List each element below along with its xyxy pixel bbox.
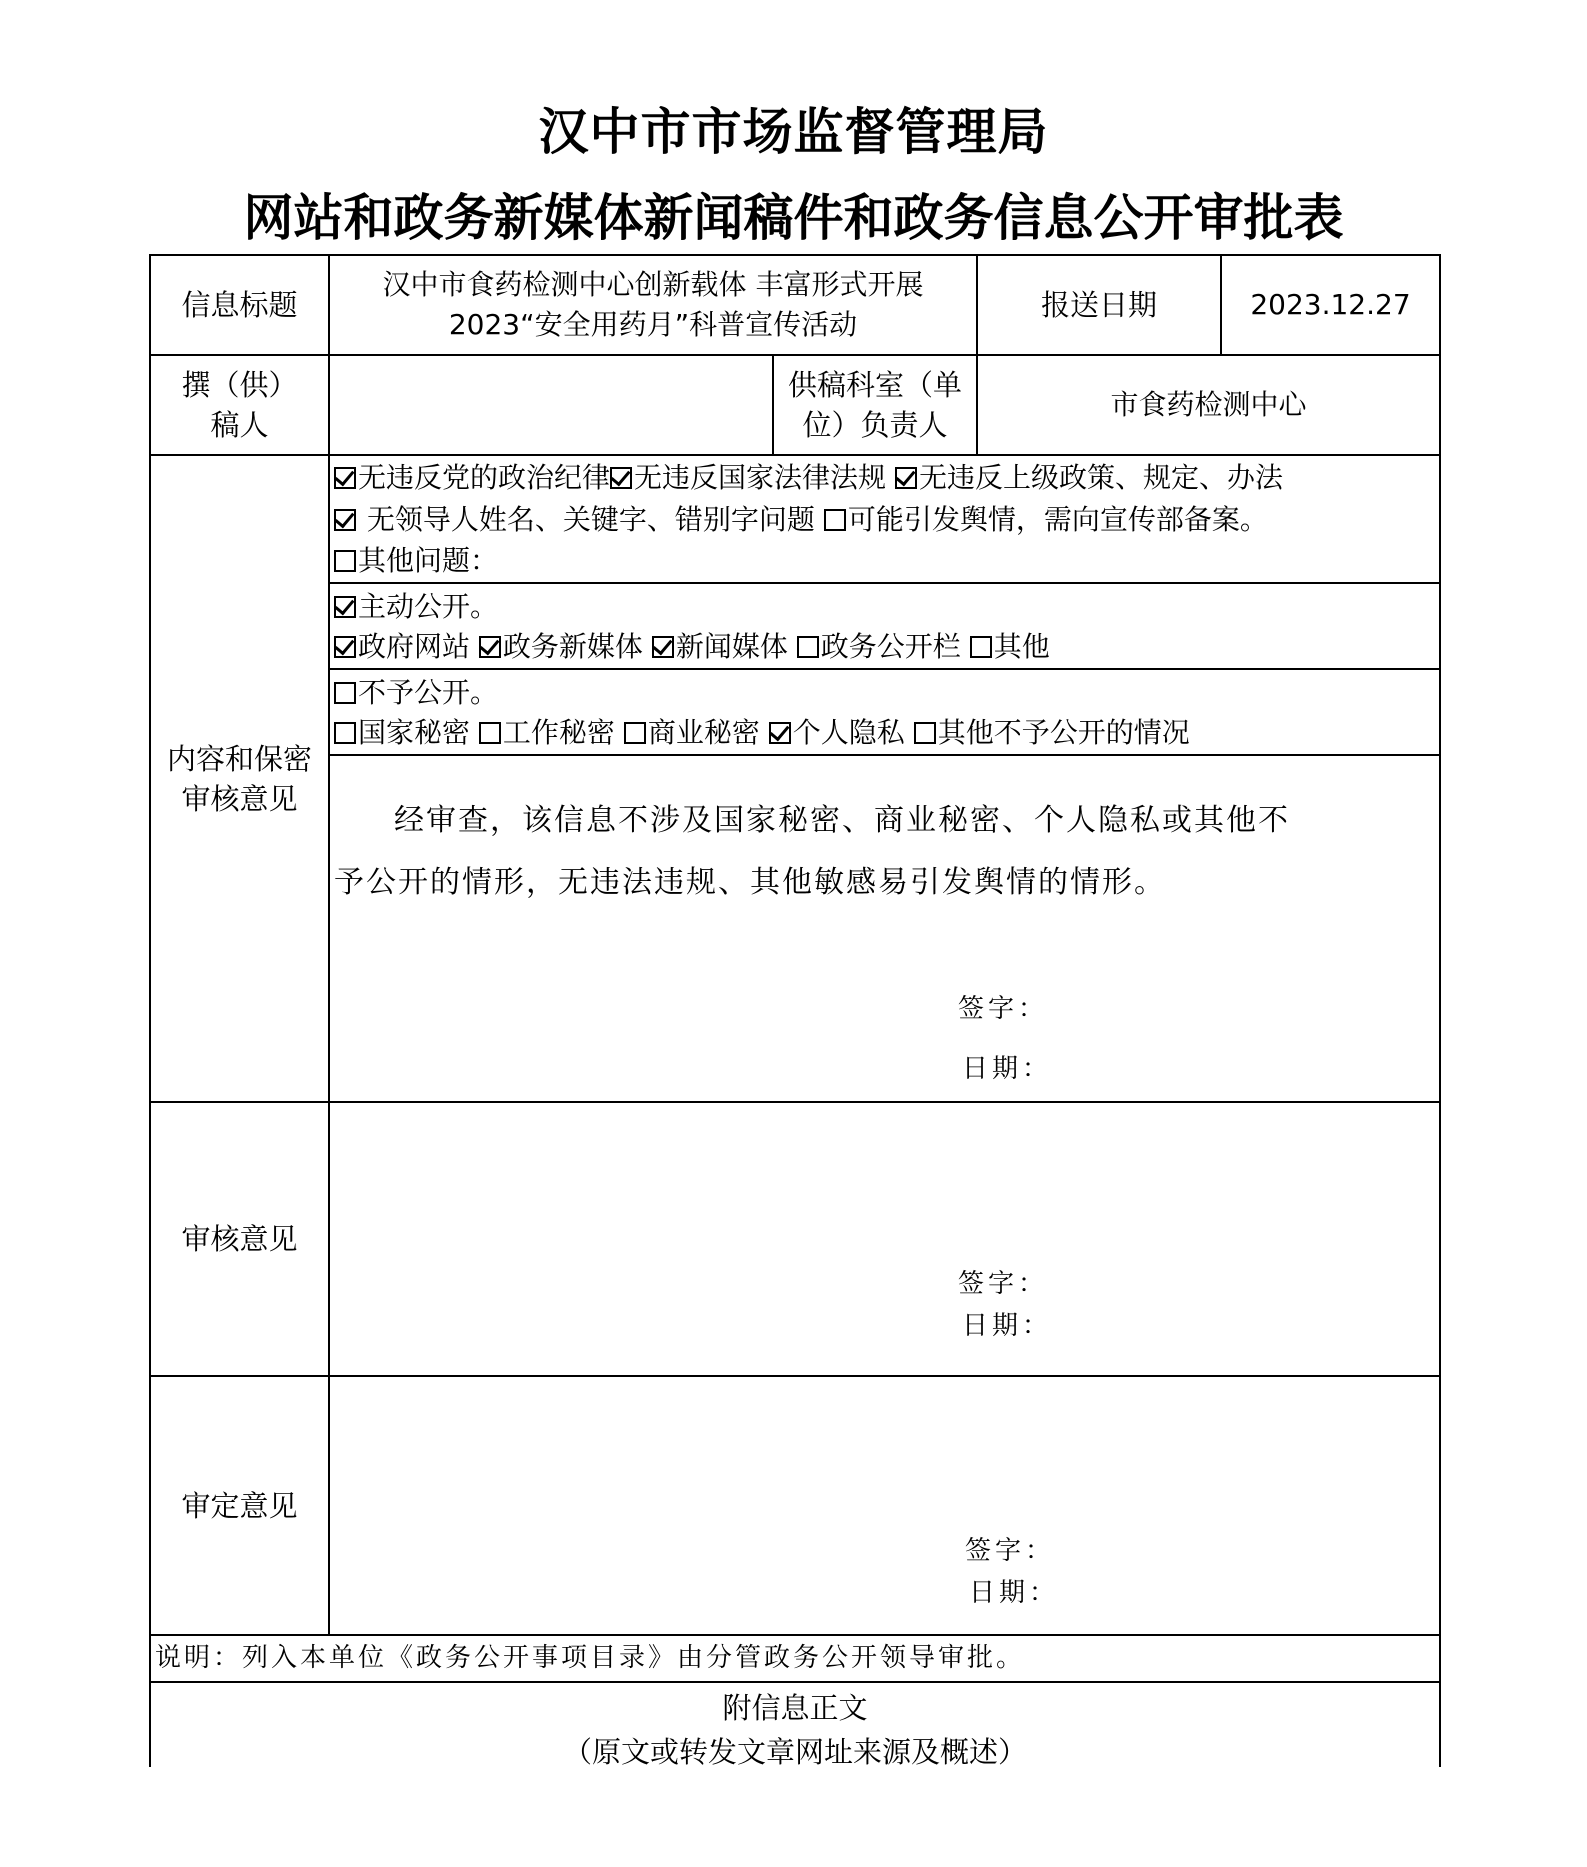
attachment-subtitle: （原文或转发文章网址来源及概述） <box>151 1730 1439 1774</box>
check-gov-new-media[interactable]: 政务新媒体 <box>479 630 643 663</box>
check-national-law[interactable]: 无违反国家法律法规 <box>610 461 886 494</box>
attachment-header: 附信息正文 （原文或转发文章网址来源及概述） <box>151 1686 1439 1774</box>
checkbox-empty-icon[interactable] <box>797 636 819 658</box>
checkbox-checked-icon[interactable] <box>769 722 791 744</box>
check-label: 无领导人姓名、关键字、错别字问题 <box>358 503 815 536</box>
audit-opinion-label-text: 审核意见 <box>181 1219 297 1259</box>
check-label: 政务新媒体 <box>503 630 643 663</box>
check-label: 其他 <box>994 630 1050 663</box>
check-business-secret[interactable]: 商业秘密 <box>624 716 760 749</box>
check-gov-website[interactable]: 政府网站 <box>334 630 470 663</box>
content-review-date[interactable]: 日期： <box>962 1048 1052 1085</box>
check-public-opinion-risk[interactable]: 可能引发舆情，需向宣传部备案。 <box>824 503 1268 536</box>
no-disclosure-line: 不予公开。 <box>334 673 498 713</box>
author-label: 撰（供） 稿人 <box>151 356 328 454</box>
check-label: 其他不予公开的情况 <box>938 716 1190 749</box>
checkbox-checked-icon[interactable] <box>334 636 356 658</box>
check-active-disclosure[interactable]: 主动公开。 <box>334 590 498 623</box>
dept-head-label-line2: 位）负责人 <box>802 405 947 445</box>
check-personal-privacy[interactable]: 个人隐私 <box>769 716 905 749</box>
approval-opinion-label-text: 审定意见 <box>181 1486 297 1526</box>
check-label: 政府网站 <box>358 630 470 663</box>
row-divider <box>149 454 1441 456</box>
dept-head-label-line1: 供稿科室（单 <box>788 365 962 405</box>
dept-head-value-text: 市食药检测中心 <box>1110 385 1306 425</box>
audit-date[interactable]: 日期： <box>962 1305 1052 1342</box>
check-label: 工作秘密 <box>503 716 615 749</box>
checkbox-empty-icon[interactable] <box>479 722 501 744</box>
author-label-line1: 撰（供） <box>181 365 297 405</box>
checkbox-empty-icon[interactable] <box>970 636 992 658</box>
author-label-line2: 稿人 <box>210 405 268 445</box>
submit-date-label: 报送日期 <box>978 256 1220 354</box>
content-review-signature[interactable]: 签字： <box>958 988 1048 1025</box>
check-label: 国家秘密 <box>358 716 470 749</box>
checkbox-checked-icon[interactable] <box>895 467 917 489</box>
review-opinion-line1: 经审查，该信息不涉及国家秘密、商业秘密、个人隐私或其他不 <box>334 790 1436 852</box>
checkbox-empty-icon[interactable] <box>334 550 356 572</box>
approval-date[interactable]: 日期： <box>969 1572 1059 1609</box>
attachment-title: 附信息正文 <box>151 1686 1439 1730</box>
check-label: 个人隐私 <box>793 716 905 749</box>
disclosure-channels-line: 政府网站 政务新媒体 新闻媒体 政务公开栏 其他 <box>334 627 1050 667</box>
check-label: 无违反上级政策、规定、办法 <box>919 461 1283 494</box>
check-label: 其他问题： <box>358 544 498 577</box>
info-title-value: 汉中市食药检测中心创新载体 丰富形式开展 2023“安全用药月”科普宣传活动 <box>330 256 976 354</box>
checkbox-checked-icon[interactable] <box>479 636 501 658</box>
check-label: 无违反国家法律法规 <box>634 461 886 494</box>
row-divider <box>149 1634 1441 1636</box>
row-divider <box>149 1681 1441 1683</box>
check-label: 主动公开。 <box>358 590 498 623</box>
submit-date-text: 2023.12.27 <box>1250 285 1410 325</box>
row-divider <box>149 1375 1441 1377</box>
section-divider <box>328 582 1441 584</box>
checkbox-checked-icon[interactable] <box>610 467 632 489</box>
checkbox-empty-icon[interactable] <box>334 682 356 704</box>
check-state-secret[interactable]: 国家秘密 <box>334 716 470 749</box>
check-label: 不予公开。 <box>358 676 498 709</box>
author-value-field[interactable] <box>330 356 772 454</box>
dept-head-value: 市食药检测中心 <box>978 356 1439 454</box>
compliance-checks-line3: 其他问题： <box>334 541 498 581</box>
table-border-right <box>1439 254 1441 1767</box>
info-title-line2: 2023“安全用药月”科普宣传活动 <box>449 305 857 345</box>
content-review-label-line1: 内容和保密 <box>167 739 312 779</box>
dept-head-label: 供稿科室（单 位）负责人 <box>774 356 976 454</box>
review-opinion: 经审查，该信息不涉及国家秘密、商业秘密、个人隐私或其他不 予公开的情形，无违法违… <box>334 790 1436 914</box>
check-political-discipline[interactable]: 无违反党的政治纪律 <box>334 461 610 494</box>
approval-signature[interactable]: 签字： <box>965 1530 1055 1567</box>
check-superior-policy[interactable]: 无违反上级政策、规定、办法 <box>895 461 1283 494</box>
audit-opinion-label: 审核意见 <box>151 1103 328 1375</box>
checkbox-empty-icon[interactable] <box>824 509 846 531</box>
checkbox-checked-icon[interactable] <box>334 467 356 489</box>
approval-note: 说明：列入本单位《政务公开事项目录》由分管政务公开领导审批。 <box>155 1639 1025 1677</box>
check-other-issues[interactable]: 其他问题： <box>334 544 498 577</box>
check-news-media[interactable]: 新闻媒体 <box>652 630 788 663</box>
audit-signature[interactable]: 签字： <box>958 1263 1048 1300</box>
check-label: 政务公开栏 <box>821 630 961 663</box>
compliance-checks-line1: 无违反党的政治纪律无违反国家法律法规 无违反上级政策、规定、办法 <box>334 458 1283 498</box>
compliance-checks-line2: 无领导人姓名、关键字、错别字问题 可能引发舆情，需向宣传部备案。 <box>334 500 1268 540</box>
checkbox-checked-icon[interactable] <box>334 596 356 618</box>
check-label: 无违反党的政治纪律 <box>358 461 610 494</box>
checkbox-empty-icon[interactable] <box>914 722 936 744</box>
check-other-nondisclosure[interactable]: 其他不予公开的情况 <box>914 716 1190 749</box>
section-divider <box>328 754 1441 756</box>
check-label: 新闻媒体 <box>676 630 788 663</box>
check-work-secret[interactable]: 工作秘密 <box>479 716 615 749</box>
submit-date-label-text: 报送日期 <box>1041 285 1157 325</box>
info-title-label-text: 信息标题 <box>181 285 297 325</box>
label-column-divider <box>328 254 330 1634</box>
section-divider <box>328 668 1441 670</box>
checkbox-checked-icon[interactable] <box>652 636 674 658</box>
approval-opinion-label: 审定意见 <box>151 1377 328 1634</box>
review-opinion-line2: 予公开的情形，无违法违规、其他敏感易引发舆情的情形。 <box>334 852 1436 914</box>
info-title-line1: 汉中市食药检测中心创新载体 丰富形式开展 <box>383 265 924 305</box>
info-title-label: 信息标题 <box>151 256 328 354</box>
content-review-label: 内容和保密 审核意见 <box>151 456 328 1101</box>
submit-date-value: 2023.12.27 <box>1222 256 1439 354</box>
row-divider <box>149 1101 1441 1103</box>
check-bulletin-board[interactable]: 政务公开栏 <box>797 630 961 663</box>
checkbox-empty-icon[interactable] <box>334 722 356 744</box>
check-label: 商业秘密 <box>648 716 760 749</box>
check-no-disclosure[interactable]: 不予公开。 <box>334 676 498 709</box>
document-subtitle: 网站和政务新媒体新闻稿件和政务信息公开审批表 <box>0 178 1587 250</box>
checkbox-empty-icon[interactable] <box>624 722 646 744</box>
check-label: 可能引发舆情，需向宣传部备案。 <box>848 503 1268 536</box>
active-disclosure-line: 主动公开。 <box>334 587 498 627</box>
check-leader-names-typos[interactable]: 无领导人姓名、关键字、错别字问题 <box>334 503 815 536</box>
check-other-channel[interactable]: 其他 <box>970 630 1050 663</box>
no-disclosure-reasons-line: 国家秘密 工作秘密 商业秘密 个人隐私 其他不予公开的情况 <box>334 713 1190 753</box>
content-review-label-line2: 审核意见 <box>181 779 297 819</box>
checkbox-checked-icon[interactable] <box>334 509 356 531</box>
document-title: 汉中市市场监督管理局 <box>0 92 1587 164</box>
